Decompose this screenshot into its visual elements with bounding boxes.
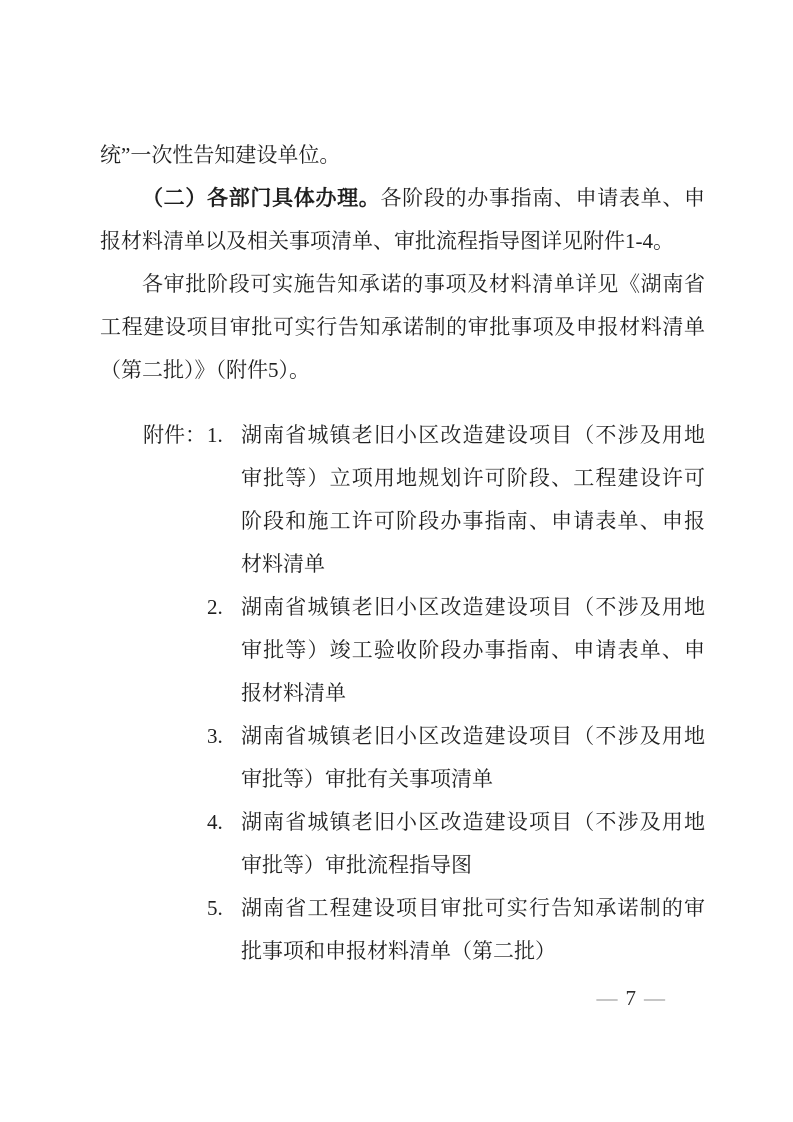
attachment-line: 材料清单 — [241, 543, 705, 586]
para3-line2: 工程建设项目审批可实行告知承诺制的审批事项及申报材料清单 — [100, 306, 705, 349]
attachment-line: 报材料清单 — [241, 672, 705, 715]
attachments-list: 附件： 1. 湖南省城镇老旧小区改造建设项目（不涉及用地 审批等）立项用地规划许… — [100, 414, 705, 973]
attachment-text: 湖南省城镇老旧小区改造建设项目（不涉及用地 审批等）立项用地规划许可阶段、工程建… — [241, 414, 705, 586]
para2-line1: （二）各部门具体办理。各阶段的办事指南、申请表单、申 — [100, 177, 705, 220]
attachment-number: 1. — [207, 414, 223, 457]
para3-line3: （第二批）》（附件5）。 — [100, 349, 705, 392]
document-body: 统”一次性告知建设单位。 （二）各部门具体办理。各阶段的办事指南、申请表单、申 … — [100, 134, 705, 973]
attachment-item-4: 4. 湖南省城镇老旧小区改造建设项目（不涉及用地 审批等）审批流程指导图 — [100, 801, 705, 887]
attachment-line: 湖南省城镇老旧小区改造建设项目（不涉及用地 — [241, 715, 705, 758]
footer-dash-left: — — [597, 986, 618, 1010]
page-number: 7 — [618, 986, 645, 1010]
attachment-line: 审批等）审批流程指导图 — [241, 844, 705, 887]
attachment-number: 3. — [207, 715, 223, 758]
attachment-line: 湖南省城镇老旧小区改造建设项目（不涉及用地 — [241, 801, 705, 844]
attachment-text: 湖南省城镇老旧小区改造建设项目（不涉及用地 审批等）审批有关事项清单 — [241, 715, 705, 801]
section-heading-bold: （二）各部门具体办理。 — [142, 186, 380, 210]
attachment-item-3: 3. 湖南省城镇老旧小区改造建设项目（不涉及用地 审批等）审批有关事项清单 — [100, 715, 705, 801]
document-page: 统”一次性告知建设单位。 （二）各部门具体办理。各阶段的办事指南、申请表单、申 … — [0, 0, 793, 1122]
attachment-number: 2. — [207, 586, 223, 629]
attachment-line: 批事项和申报材料清单（第二批） — [241, 930, 705, 973]
attachment-item-5: 5. 湖南省工程建设项目审批可实行告知承诺制的审 批事项和申报材料清单（第二批） — [100, 887, 705, 973]
attachment-number: 5. — [207, 887, 223, 930]
attachment-line: 湖南省城镇老旧小区改造建设项目（不涉及用地 — [241, 586, 705, 629]
para2-line2: 报材料清单以及相关事项清单、审批流程指导图详见附件1-4。 — [100, 220, 705, 263]
attachment-text: 湖南省城镇老旧小区改造建设项目（不涉及用地 审批等）审批流程指导图 — [241, 801, 705, 887]
attachment-number: 4. — [207, 801, 223, 844]
attachment-line: 审批等）审批有关事项清单 — [241, 758, 705, 801]
attachment-line: 审批等）竣工验收阶段办事指南、申请表单、申 — [241, 629, 705, 672]
attachment-text: 湖南省工程建设项目审批可实行告知承诺制的审 批事项和申报材料清单（第二批） — [241, 887, 705, 973]
attachment-line: 湖南省城镇老旧小区改造建设项目（不涉及用地 — [241, 414, 705, 457]
attachment-item-2: 2. 湖南省城镇老旧小区改造建设项目（不涉及用地 审批等）竣工验收阶段办事指南、… — [100, 586, 705, 715]
attachment-line: 湖南省工程建设项目审批可实行告知承诺制的审 — [241, 887, 705, 930]
attachment-line: 审批等）立项用地规划许可阶段、工程建设许可 — [241, 457, 705, 500]
footer-dash-right: — — [644, 986, 665, 1010]
attachment-line: 阶段和施工许可阶段办事指南、申请表单、申报 — [241, 500, 705, 543]
attachment-item-1: 1. 湖南省城镇老旧小区改造建设项目（不涉及用地 审批等）立项用地规划许可阶段、… — [100, 414, 705, 586]
attachment-text: 湖南省城镇老旧小区改造建设项目（不涉及用地 审批等）竣工验收阶段办事指南、申请表… — [241, 586, 705, 715]
para1-line1: 统”一次性告知建设单位。 — [100, 134, 705, 177]
para2-line1-rest: 各阶段的办事指南、申请表单、申 — [380, 186, 705, 210]
page-footer: —7— — [597, 983, 666, 1013]
para3-line1: 各审批阶段可实施告知承诺的事项及材料清单详见《湖南省 — [100, 263, 705, 306]
